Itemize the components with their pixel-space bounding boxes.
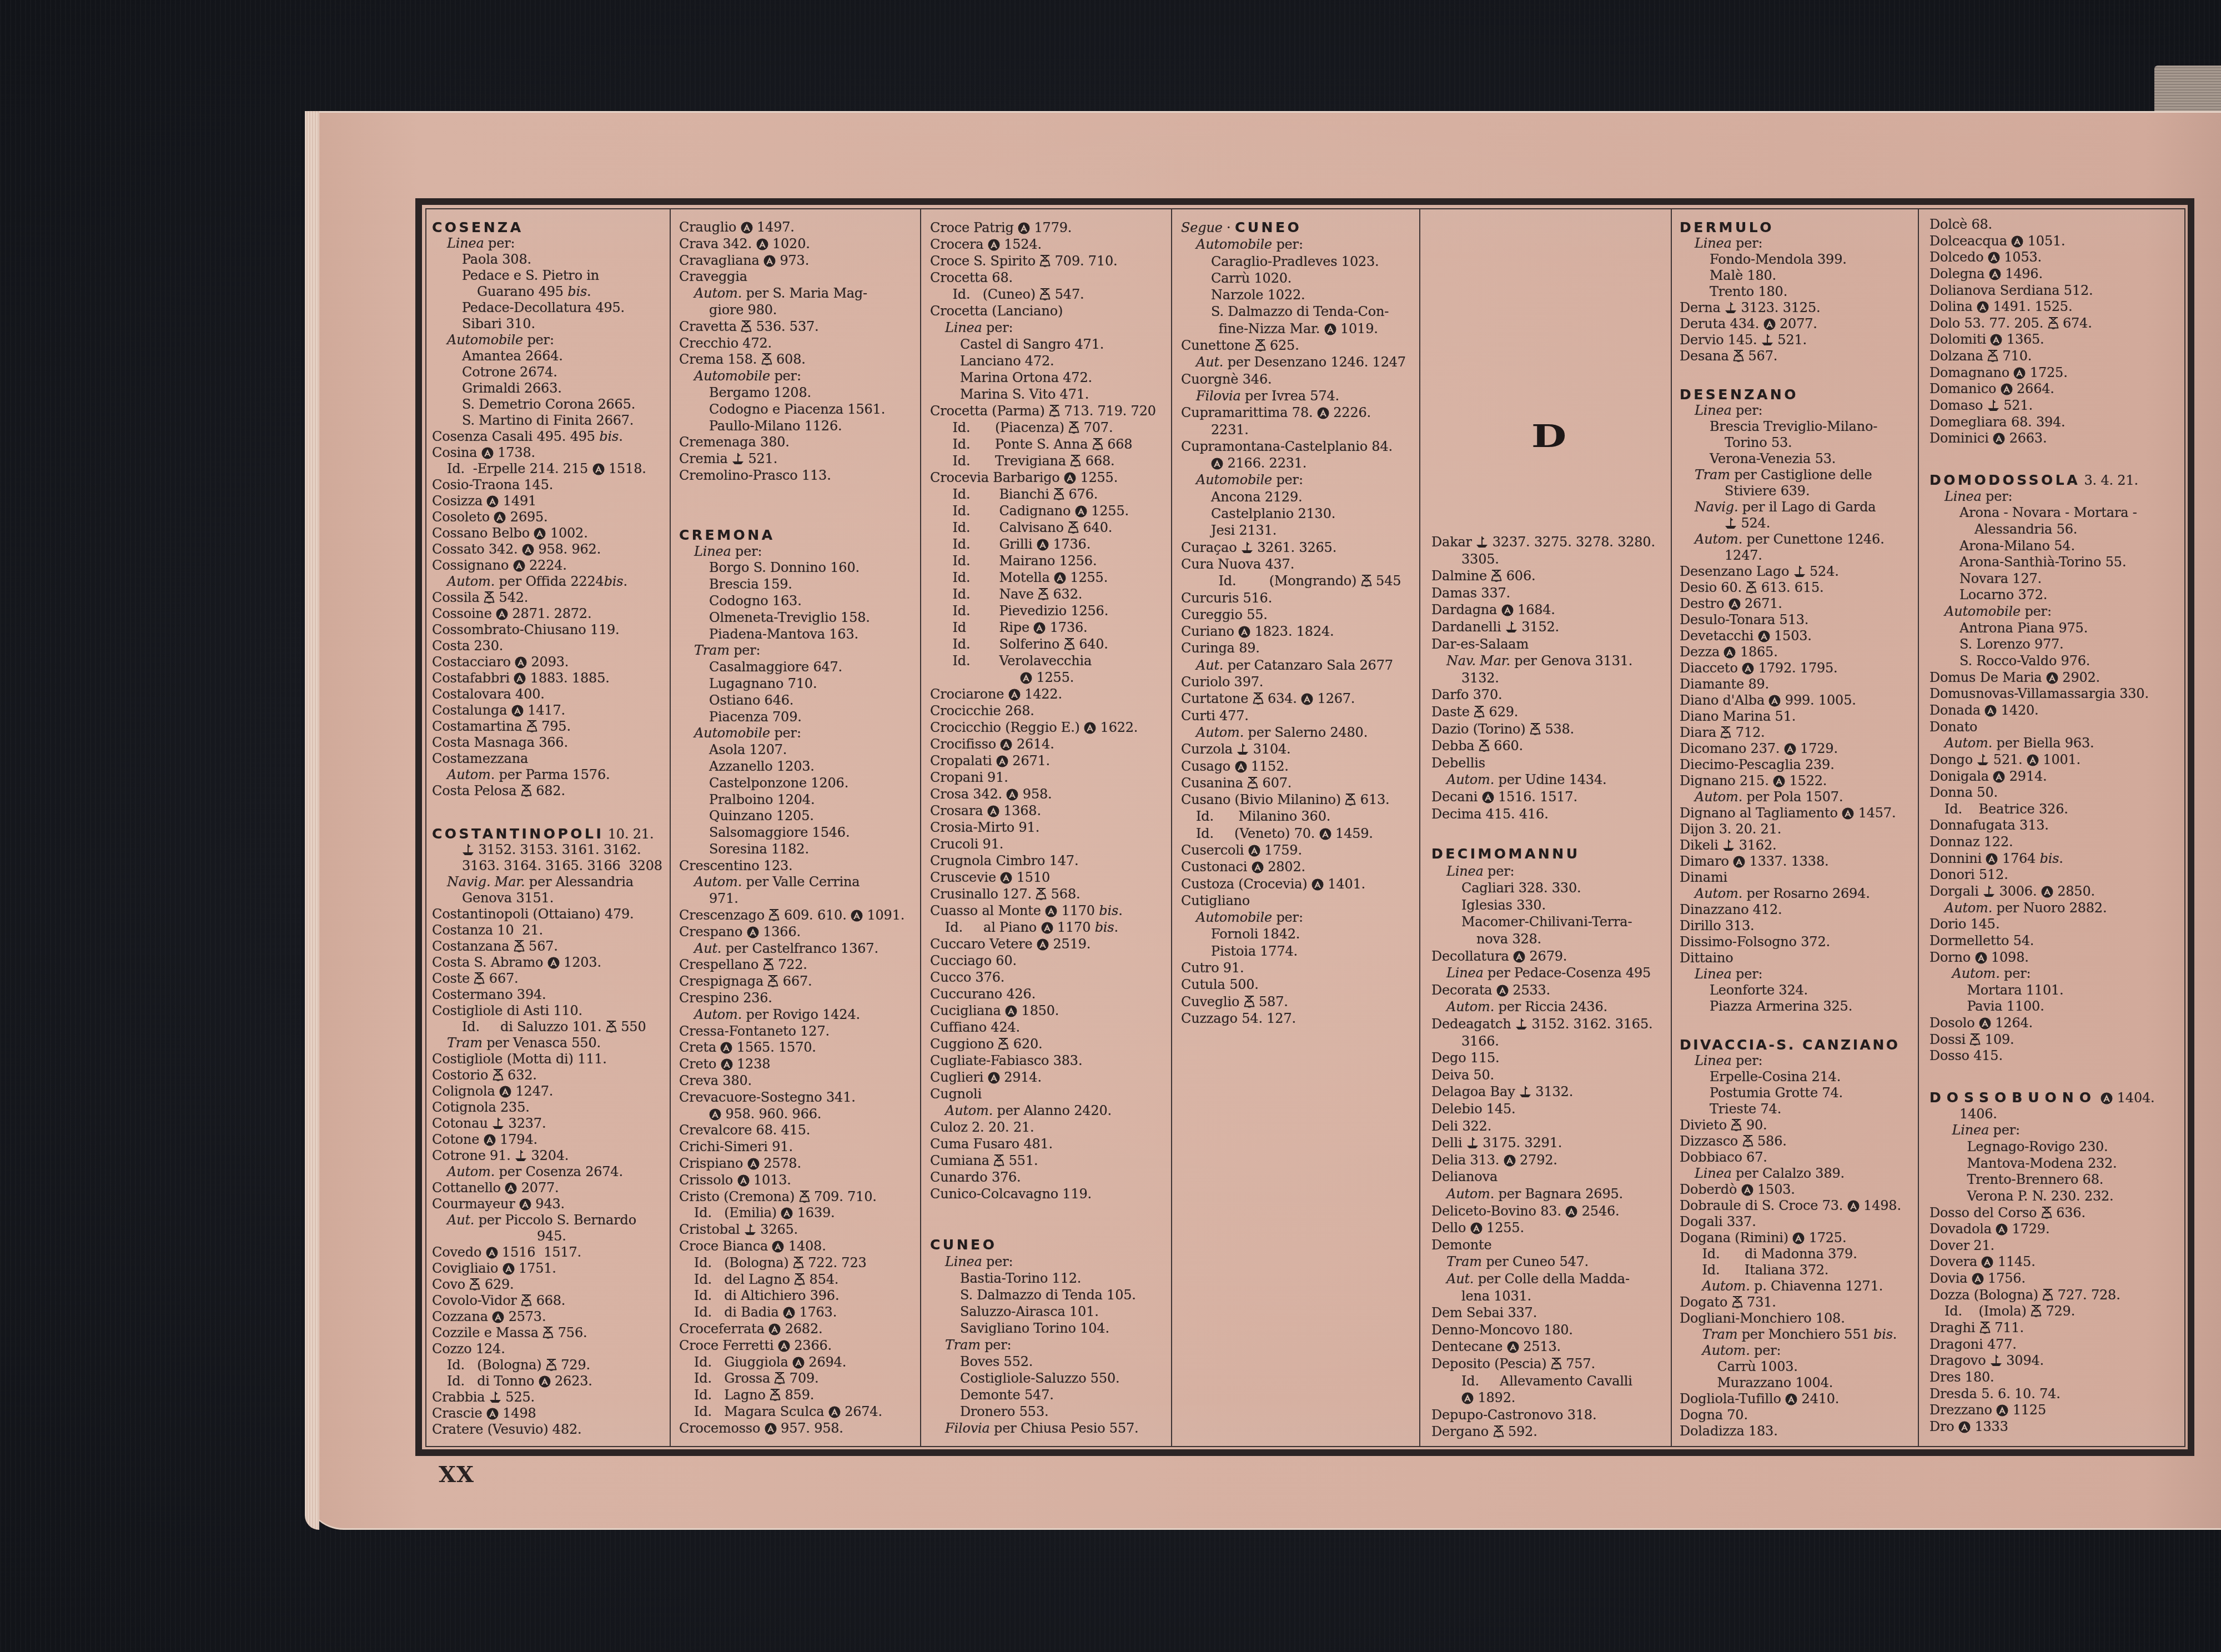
- sub-entry: Autom. per Cunettone 1246.: [1680, 531, 1929, 548]
- sub-entry: Saluzzo-Airasca 101.: [930, 1303, 1180, 1320]
- sub-entry: Autom. per Riccia 2436.: [1431, 998, 1681, 1016]
- entry-text: 613. 615.: [1757, 580, 1823, 595]
- sub-entry: Aut. per Catanzaro Sala 2677: [1181, 657, 1431, 674]
- automobile-icon: [1252, 861, 1264, 873]
- entry-text: per Alanno 2420.: [993, 1103, 1112, 1118]
- entry-text: per:: [982, 320, 1013, 335]
- tram-icon: [1732, 1296, 1743, 1309]
- entry-text: 1408.: [784, 1238, 826, 1254]
- sub-entry: Iglesias 330.: [1431, 897, 1681, 914]
- sub-entry: Autom. per Offida 2224bis.: [432, 574, 682, 590]
- entry-text: Id. (Cuneo): [953, 287, 1040, 302]
- entry-text: Costigliole di Asti 110.: [432, 1003, 582, 1018]
- entry-text: Cupramarittima 78.: [1181, 405, 1317, 420]
- ship-icon: [1990, 1354, 2002, 1367]
- index-entry: Crauglio 1497.: [679, 219, 929, 236]
- entry-text: Macomer-Chilivani-Terra-: [1461, 914, 1632, 930]
- entry-text: 2226.: [1329, 405, 1371, 420]
- entry-text: Domusnovas-Villamassargia 330.: [1929, 686, 2149, 701]
- entry-text: per Pola 1507.: [1742, 789, 1843, 805]
- entry-text: Id. (Bologna): [694, 1255, 793, 1271]
- entry-text: Arona - Novara - Mortara -: [1959, 505, 2137, 520]
- sub-entry: Id. del Lagno 854.: [679, 1272, 929, 1288]
- entry-text: Crabbia: [432, 1389, 489, 1405]
- index-entry: Dobraule di S. Croce 73. 1498.: [1680, 1198, 1929, 1214]
- entry-text: Dikeli: [1680, 837, 1722, 853]
- entry-text: Debba: [1431, 738, 1479, 754]
- entry-text: [2097, 1090, 2101, 1106]
- index-entry: Crosia-Mirto 91.: [930, 819, 1180, 836]
- ship-icon: [515, 1149, 527, 1162]
- entry-text: Croce Patrig: [930, 220, 1018, 235]
- service-type-label: Tram: [1446, 1254, 1482, 1269]
- index-entry: Costigliole (Motta di) 111.: [432, 1051, 682, 1067]
- index-entry: Donori 512.: [1929, 867, 2185, 883]
- entry-text: Codogno 163.: [709, 593, 802, 609]
- index-entry: Costa Pelosa 682.: [432, 783, 682, 799]
- entry-text: 592.: [1504, 1424, 1537, 1439]
- entry-text: Verona P. N. 230. 232.: [1967, 1188, 2114, 1204]
- entry-text: nova 328.: [1476, 931, 1541, 947]
- index-entry: Crocicchio (Reggio E.) 1622.: [930, 719, 1180, 736]
- entry-text: Pralboino 1204.: [709, 792, 815, 807]
- index-entry: Dizzasco 586.: [1680, 1133, 1929, 1149]
- sub-entry: Soresina 1182.: [679, 841, 929, 858]
- entry-text: 632.: [1049, 586, 1082, 602]
- entry-text: per Genova 3131.: [1510, 653, 1632, 669]
- tram-icon: [1064, 637, 1075, 651]
- entry-text: Cutigliano: [1181, 893, 1250, 908]
- entry-text: Leonforte 324.: [1710, 982, 1808, 998]
- index-entry: Crugnola Cimbro 147.: [930, 852, 1180, 869]
- sub-entry: Verona-Venezia 53.: [1680, 451, 1929, 467]
- entry-text: Verona-Venezia 53.: [1710, 451, 1836, 466]
- tram-icon: [2048, 317, 2059, 330]
- index-entry: Cropani 91.: [930, 769, 1180, 786]
- entry-text: 1459.: [1331, 826, 1373, 841]
- entry-text: 1401.: [1324, 876, 1365, 892]
- entry-text: Cristobal: [679, 1222, 744, 1237]
- entry-text: 3. 4. 21.: [2080, 473, 2138, 488]
- tram-icon: [1491, 569, 1502, 583]
- entry-text: p. Chiavenna 1271.: [1750, 1278, 1883, 1294]
- entry-text: Delebio 145.: [1431, 1101, 1515, 1117]
- sub-entry: Stiviere 639.: [1680, 483, 1929, 499]
- index-entry: Dorgali 3006. 2850.: [1929, 883, 2185, 900]
- entry-text: Covo: [432, 1277, 469, 1292]
- index-entry: Cosenza Casali 495. 495 bis.: [432, 429, 682, 445]
- entry-text: Dozza (Bologna): [1929, 1287, 2042, 1303]
- entry-text: Arona-Milano 54.: [1959, 538, 2075, 554]
- entry-text: Id. Calvisano: [953, 520, 1068, 535]
- sub-entry: Autom. per Salerno 2480.: [1181, 724, 1431, 741]
- automobile-icon: [741, 222, 753, 234]
- entry-text: Covedo: [432, 1244, 486, 1260]
- service-type-label: Autom.: [447, 1164, 495, 1179]
- sub-entry: Salsomaggiore 1546.: [679, 825, 929, 841]
- index-column-6: DERMULOLinea per:Fondo-Mendola 399.Malè …: [1680, 219, 1929, 1439]
- service-type-label: Tram: [447, 1035, 483, 1051]
- entry-text: 3237.: [504, 1116, 546, 1131]
- entry-text: 521.: [1999, 398, 2033, 413]
- sub-entry: Piacenza 709.: [679, 709, 929, 726]
- automobile-icon: [1000, 739, 1012, 751]
- entry-text: per Monchiero 551: [1737, 1327, 1873, 1342]
- entry-text: Crespellano: [679, 957, 763, 972]
- index-entry: Cugnoli: [930, 1086, 1180, 1102]
- entry-text: 757.: [1562, 1356, 1595, 1372]
- tram-icon: [1733, 349, 1744, 363]
- entry-text: per:: [2000, 966, 2031, 981]
- entry-text: 1255.: [1032, 670, 1074, 685]
- service-type-label: Linea: [1695, 1053, 1732, 1068]
- entry-text: Cucco 376.: [930, 970, 1004, 985]
- tram-icon: [1479, 739, 1490, 752]
- sub-entry: nova 328.: [1431, 931, 1681, 948]
- entry-text: per Venasca 550.: [483, 1035, 601, 1051]
- entry-text: Id. Pievedizio 1256.: [953, 603, 1109, 619]
- entry-text: Murazzano 1004.: [1717, 1375, 1833, 1390]
- service-type-label: Autom.: [1702, 1343, 1750, 1358]
- entry-text: 525.: [501, 1389, 535, 1405]
- sub-entry: Caraglio-Pradleves 1023.: [1181, 253, 1431, 270]
- entry-text: 629.: [480, 1277, 514, 1292]
- entry-text: Piadena-Mantova 163.: [709, 626, 858, 642]
- entry-text: 547.: [1051, 287, 1084, 302]
- sub-entry: Grimaldi 2663.: [432, 380, 682, 396]
- index-entry: Cugliate-Fabiasco 383.: [930, 1052, 1180, 1069]
- index-entry: Crava 342. 1020.: [679, 236, 929, 253]
- entry-text: Donna 50.: [1929, 785, 1998, 800]
- entry-text: 2093.: [527, 654, 569, 670]
- index-entry: Delebio 145.: [1431, 1101, 1681, 1118]
- entry-text: per Bagnara 2695.: [1494, 1186, 1623, 1202]
- tram-icon: [1987, 349, 1998, 363]
- sub-entry: Tram per:: [679, 642, 929, 659]
- entry-text: Dogliola-Tufillo: [1680, 1391, 1785, 1407]
- sub-entry: Bergamo 1208.: [679, 385, 929, 401]
- entry-text: 2519.: [1049, 936, 1091, 952]
- entry-text: Codogno e Piacenza 1561.: [709, 401, 885, 417]
- entry-text: 3261. 3265.: [1253, 540, 1336, 555]
- section-heading-text: COSTANTINOPOLI: [432, 826, 604, 842]
- entry-text: 1756.: [1984, 1271, 2026, 1286]
- entry-text: 1247.: [1725, 548, 1762, 563]
- tram-icon: [606, 1020, 617, 1033]
- section-heading: DECIMOMANNU: [1431, 846, 1681, 863]
- entry-text: Cosizza: [432, 493, 486, 509]
- entry-text: Dro: [1929, 1419, 1958, 1434]
- entry-text: per:: [2021, 604, 2052, 619]
- entry-text: Cuccaro Vetere: [930, 936, 1037, 952]
- entry-text: Dobbiaco 67.: [1680, 1149, 1767, 1165]
- entry-text: 795.: [537, 719, 571, 734]
- service-type-label: Automobile: [1196, 472, 1272, 488]
- tram-icon: [474, 972, 485, 985]
- tram-icon: [1068, 421, 1079, 434]
- entry-text: Id. Solferino: [953, 636, 1064, 652]
- entry-text: Crissolo: [679, 1172, 737, 1188]
- entry-text: Grimaldi 2663.: [462, 380, 562, 396]
- entry-text: 1759.: [1260, 842, 1302, 858]
- index-entry: Crocetta 68.: [930, 269, 1180, 286]
- entry-text: .: [619, 429, 622, 444]
- index-entry: Cotrone 91. 3204.: [432, 1148, 682, 1164]
- entry-text: S. Rocco-Valdo 976.: [1959, 653, 2090, 669]
- entry-text: per Biella 963.: [1992, 735, 2094, 751]
- entry-text: Cuglieri: [930, 1069, 988, 1085]
- index-entry: Crevalcore 68. 415.: [679, 1122, 929, 1139]
- index-column-7: Dolcè 68.Dolceacqua 1051.Dolcedo 1053.Do…: [1929, 217, 2185, 1435]
- automobile-icon: [1785, 1393, 1797, 1405]
- entry-text: Dazio (Torino): [1431, 721, 1530, 737]
- entry-text: per Cosenza 2674.: [495, 1164, 623, 1179]
- section-heading-text: CUNEO: [930, 1237, 997, 1253]
- sub-entry: Id. -Erpelle 214. 215 1518.: [432, 461, 682, 477]
- index-entry: Creva 380.: [679, 1073, 929, 1089]
- entry-text: Desulo-Tonara 513.: [1680, 612, 1808, 627]
- entry-text: Dicomano 237.: [1680, 741, 1784, 756]
- automobile-icon: [1988, 252, 2000, 264]
- index-entry: Costamartina 795.: [432, 719, 682, 735]
- entry-text: Cunardo 376.: [930, 1169, 1021, 1185]
- index-entry: Dego 115.: [1431, 1050, 1681, 1067]
- sub-entry: Id. di Madonna 379.: [1680, 1246, 1929, 1262]
- sub-entry: Id. di Saluzzo 101. 550: [432, 1019, 682, 1035]
- index-entry: Crucoli 91.: [930, 836, 1180, 852]
- entry-text: 1725.: [2026, 365, 2067, 380]
- sub-entry: Linea per:: [432, 235, 682, 252]
- sub-entry: Automobile per:: [1181, 236, 1431, 253]
- entry-text: 1098.: [1987, 950, 2029, 965]
- entry-text: per:: [770, 725, 801, 741]
- entry-text: giore 980.: [709, 302, 777, 318]
- entry-text: 2871. 2872.: [508, 606, 591, 621]
- automobile-icon: [522, 544, 534, 556]
- entry-text: Trento-Brennero 68.: [1967, 1172, 2104, 1187]
- sub-entry: Automobile per:: [1181, 909, 1431, 926]
- entry-text: 2682.: [781, 1321, 822, 1337]
- entry-text: 709.: [785, 1370, 818, 1386]
- entry-text: Diano d'Alba: [1680, 692, 1768, 708]
- tram-icon: [1039, 254, 1051, 268]
- index-entry: Cottanello 2077.: [432, 1180, 682, 1196]
- entry-text: Piacenza 709.: [709, 709, 802, 725]
- service-type-label: Autom.: [1702, 1278, 1750, 1294]
- entry-text: 551.: [1004, 1153, 1038, 1168]
- entry-text: Donori 512.: [1929, 867, 2008, 882]
- automobile-icon: [1975, 952, 1987, 964]
- service-type-label: bis: [599, 429, 619, 444]
- automobile-icon: [765, 1423, 777, 1435]
- entry-text: 521.: [1773, 332, 1807, 348]
- entry-text: 1883. 1885.: [526, 670, 609, 686]
- index-entry: Dres 180.: [1929, 1369, 2185, 1386]
- entry-text: Cucigliana: [930, 1003, 1005, 1018]
- automobile-icon: [996, 755, 1008, 767]
- entry-text: Id. Trevigiana: [953, 453, 1071, 469]
- automobile-icon: [1742, 662, 1754, 675]
- service-type-label: Automobile: [1944, 604, 2021, 619]
- entry-text: Costacciaro: [432, 654, 515, 670]
- entry-text: Darfo 370.: [1431, 687, 1502, 702]
- ship-icon: [1761, 333, 1773, 347]
- entry-text: Id. (Imola): [1944, 1303, 2031, 1319]
- index-entry: Dossi 109.: [1929, 1032, 2185, 1048]
- entry-text: Id. Grilli: [953, 536, 1037, 552]
- entry-text: 859.: [781, 1387, 814, 1403]
- index-entry: Cutigliano: [1181, 892, 1431, 909]
- index-entry: Cunardo 376.: [930, 1169, 1180, 1186]
- tram-icon: [1247, 776, 1258, 790]
- entry-text: 1522.: [1785, 773, 1827, 789]
- entry-text: Cossignano: [432, 558, 513, 573]
- section-heading-text: DOMODOSSOLA: [1929, 472, 2080, 488]
- entry-text: Dosso 415.: [1929, 1048, 2003, 1063]
- sub-entry: Id. (Bologna) 722. 723: [679, 1255, 929, 1272]
- entry-text: per il Lago di Garda: [1738, 499, 1876, 515]
- entry-text: Crocifisso: [930, 736, 1000, 752]
- entry-text: 2679.: [1525, 948, 1567, 964]
- entry-text: 1417.: [524, 702, 565, 718]
- entry-text: Croce Ferretti: [679, 1338, 778, 1353]
- automobile-icon: [851, 910, 863, 922]
- sub-entry: Id. Magara Sculca 2674.: [679, 1404, 929, 1420]
- index-entry: Donnini 1764 bis.: [1929, 851, 2185, 867]
- entry-text: per Piccolo S. Bernardo: [474, 1212, 636, 1228]
- index-entry: Cuccaro Vetere 2519.: [930, 936, 1180, 952]
- index-entry: Dozza (Bologna) 727. 728.: [1929, 1287, 2185, 1304]
- ship-icon: [1515, 1017, 1527, 1031]
- sub-entry: lena 1031.: [1431, 1288, 1681, 1305]
- service-type-label: Autom.: [694, 1007, 742, 1022]
- entry-text: 1792. 1795.: [1754, 660, 1837, 676]
- entry-text: 636.: [2052, 1205, 2086, 1221]
- entry-text: Dovera: [1929, 1254, 1981, 1269]
- service-type-label: Linea: [1446, 965, 1484, 981]
- index-entry: Doberdò 1503.: [1680, 1182, 1929, 1198]
- index-entry: Custonaci 2802.: [1181, 858, 1431, 875]
- index-entry: Costorio 632.: [432, 1067, 682, 1083]
- tram-icon: [799, 1190, 810, 1203]
- sub-entry: Linea per:: [930, 319, 1180, 336]
- service-type-label: Linea: [1695, 1166, 1732, 1181]
- entry-text: 607.: [1258, 775, 1292, 791]
- entry-text: Castelplanio 2130.: [1211, 506, 1335, 521]
- entry-text: Trieste 74.: [1710, 1101, 1781, 1117]
- sub-entry: Pedace e S. Pietro in: [432, 268, 682, 284]
- section-heading-text: DIVACCIA-S. CANZIANO: [1680, 1037, 1900, 1053]
- automobile-icon: [511, 705, 524, 717]
- entry-text: 1865.: [1736, 644, 1777, 660]
- entry-text: Brescia Treviglio-Milano-: [1710, 419, 1877, 434]
- entry-text: Cristo (Cremona): [679, 1189, 799, 1204]
- entry-text: Ancona 2129.: [1211, 489, 1302, 505]
- sub-entry: Filovia per Chiusa Pesio 557.: [930, 1420, 1180, 1437]
- entry-text: Decima 415. 416.: [1431, 806, 1549, 822]
- index-entry: Deli 322.: [1431, 1118, 1681, 1135]
- index-entry: Diecimo-Pescaglia 239.: [1680, 757, 1929, 773]
- tram-icon: [998, 1037, 1009, 1051]
- entry-text: Costermano 394.: [432, 987, 546, 1002]
- tram-icon: [774, 1372, 785, 1385]
- entry-text: Domegliara 68. 394.: [1929, 414, 2066, 430]
- service-type-label: Linea: [1695, 966, 1732, 982]
- entry-text: per Nuoro 2882.: [1992, 900, 2107, 916]
- entry-text: per Castiglione delle: [1730, 467, 1872, 483]
- automobile-icon: [709, 1108, 721, 1121]
- entry-text: S. Demetrio Corona 2665.: [462, 396, 635, 412]
- entry-text: Coste: [432, 971, 474, 986]
- entry-text: Dosolo: [1929, 1015, 1979, 1031]
- sub-entry: Pralboino 1204.: [679, 792, 929, 809]
- entry-text: Locarno 372.: [1959, 587, 2047, 602]
- index-entry: Dormelletto 54.: [1929, 933, 2185, 950]
- index-entry: Dar-es-Salaam: [1431, 636, 1681, 653]
- entry-text: 756.: [554, 1325, 587, 1340]
- index-entry: Cuasso al Monte 1170 bis.: [930, 902, 1180, 919]
- index-entry: Covedo 1516 1517.: [432, 1244, 682, 1261]
- sub-entry: Autom. per Biella 963.: [1929, 735, 2185, 752]
- entry-text: per:: [1484, 863, 1515, 879]
- sub-entry: 524.: [1680, 515, 1929, 531]
- entry-text: per:: [730, 642, 761, 658]
- service-type-label: Filovia: [1196, 388, 1241, 404]
- entry-text: per Rovigo 1424.: [742, 1007, 860, 1022]
- tram-icon: [793, 1256, 804, 1269]
- entry-text: 722.: [774, 957, 807, 972]
- entry-text: 521.: [744, 451, 777, 466]
- entry-text: Desana: [1680, 348, 1733, 364]
- sub-entry: Jesi 2131.: [1181, 522, 1431, 539]
- index-entry: Curcuris 516.: [1181, 590, 1431, 606]
- entry-text: Costigliole-Saluzzo 550.: [960, 1370, 1120, 1386]
- section-heading-text: DECIMOMANNU: [1431, 846, 1580, 862]
- entry-text: Alessandria 56.: [1974, 521, 2077, 537]
- index-entry: Dogana (Rimini) 1725.: [1680, 1230, 1929, 1246]
- entry-text: 632.: [504, 1067, 537, 1083]
- sub-entry: Automobile per:: [1181, 471, 1431, 488]
- ship-icon: [1237, 742, 1249, 756]
- entry-text: 1503.: [1753, 1182, 1795, 1197]
- tram-icon: [514, 940, 525, 953]
- section-heading-text: CREMONA: [679, 527, 775, 543]
- entry-text: Dogna 70.: [1680, 1407, 1748, 1423]
- index-entry: Costa 230.: [432, 638, 682, 654]
- sub-entry: Murazzano 1004.: [1680, 1375, 1929, 1391]
- ship-icon: [489, 1390, 501, 1404]
- automobile-icon: [1972, 1273, 1984, 1285]
- index-entry: Crevacuore-Sostegno 341.: [679, 1089, 929, 1106]
- entry-text: Crugnola Cimbro 147.: [930, 853, 1078, 868]
- index-entry: Diano Marina 51.: [1680, 709, 1929, 725]
- entry-text: Crauglio: [679, 219, 741, 235]
- entry-text: Postumia Grotte 74.: [1710, 1085, 1843, 1101]
- entry-text: 2671.: [1008, 753, 1050, 769]
- index-entry: Dimaro 1337. 1338.: [1680, 853, 1929, 870]
- entry-text: Id. Nave: [953, 586, 1038, 602]
- index-entry: Cristobal 3265.: [679, 1222, 929, 1238]
- index-entry: Cossato 342. 958. 962.: [432, 541, 682, 558]
- sub-entry: Cotrone 2674.: [432, 364, 682, 380]
- index-entry: Curti 477.: [1181, 707, 1431, 724]
- entry-text: 1420.: [1997, 702, 2038, 718]
- sub-entry: Tram per Cuneo 547.: [1431, 1253, 1681, 1271]
- sub-entry: Automobile per:: [679, 368, 929, 385]
- entry-text: per Castelfranco 1367.: [721, 941, 878, 956]
- index-entry: Dogna 70.: [1680, 1407, 1929, 1423]
- entry-text: Brescia 159.: [709, 576, 792, 592]
